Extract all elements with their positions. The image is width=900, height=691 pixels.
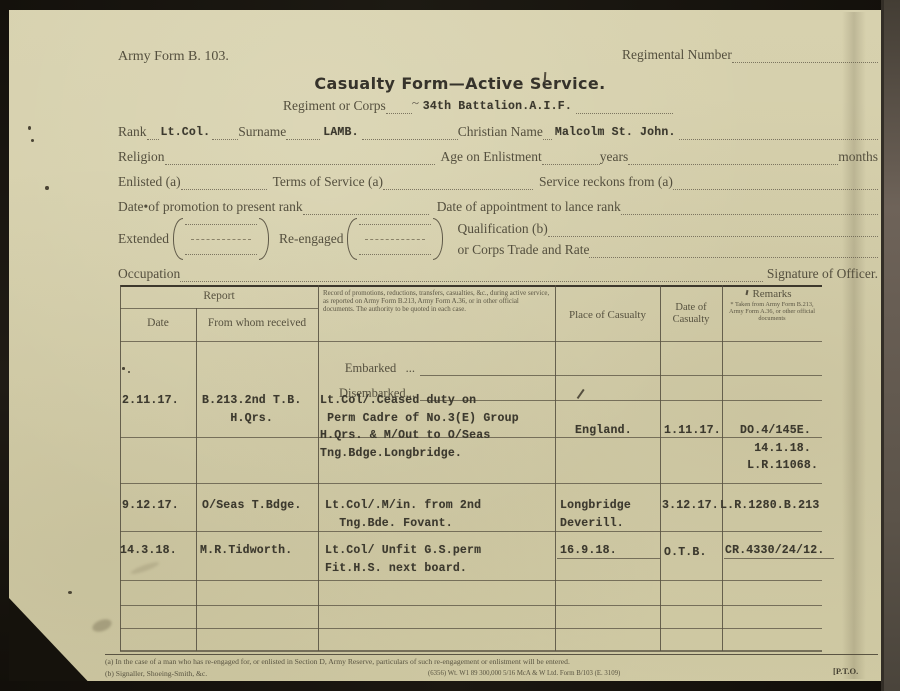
lance-rank-label: Date of appointment to lance rank [437,199,621,215]
column-divider [722,285,723,651]
close-paren-shape [433,218,443,260]
row-report-date: 2.11.17. [122,392,179,410]
reengaged-bracket [347,218,443,260]
paper-speck [128,371,130,373]
report-header: Report [120,290,318,303]
place-column-header: Place of Casualty [555,309,660,322]
scan-corner-shadow [0,598,97,691]
stray-pen-slash [577,389,585,399]
column-divider [196,308,197,651]
regimental-number-label: Regimental Number [622,47,732,63]
pto-label: [P.T.O. [833,666,858,676]
corps-trade-label: or Corps Trade and Rate [457,242,589,258]
row-from-whom: M.R.Tidworth. [200,542,292,560]
row-from-whom: B.213.2nd T.B. H.Qrs. [202,392,301,427]
dotted-line [732,47,878,63]
signature-label: Signature of Officer. [767,266,878,282]
row-remarks: DO.4/145E. 14.1.18. L.R.11068. [740,422,818,475]
dotted-line [543,124,552,140]
dotted-line [362,124,458,140]
ruled-line [120,580,822,581]
scan-edge-top [0,0,900,10]
dotted-line [589,242,878,258]
row-place-of-casualty: Longbridge Deverill. [560,497,631,532]
months-label: months [838,149,878,165]
form-number: Army Form B. 103. [118,49,229,65]
printer-imprint: (6356) Wt. W1 89 300,000 5/16 McA & W Lt… [428,670,620,677]
row-remarks: CR.4330/24/12. [725,542,824,560]
row-report-date: 9.12.17. [122,497,179,515]
dotted-line [383,174,533,190]
open-paren-shape [347,218,357,260]
table-top-border [120,285,822,287]
dotted-line [180,266,763,282]
dotted-line [147,124,159,140]
service-reckons-label: Service reckons from (a) [539,174,673,190]
open-paren-shape [173,218,183,260]
remarks-column-header: Remarks [722,288,822,301]
scanned-casualty-form: Army Form B. 103. Regimental Number Casu… [0,0,900,691]
embarked-rule [420,375,822,376]
row-report-date: 14.3.18. [120,542,177,560]
remarks-column-note: * Taken from Army Form B.213, Army Form … [726,301,818,323]
handwritten-tilde-mark: ~ [412,95,419,111]
column-divider [318,285,319,651]
qualification-label: Qualification (b) [457,221,547,237]
report-underline [120,308,318,309]
date-column-header: Date [120,317,196,330]
dotted-line [673,174,878,190]
surname-label: Surname [238,124,286,140]
dotted-line [576,98,673,114]
ruled-line [120,483,822,484]
terms-of-service-label: Terms of Service (a) [273,174,383,190]
row-casualty-date: 3.12.17. [662,497,719,515]
promotion-date-label: Date•of promotion to present rank [118,199,303,215]
footer-separator-rule [105,654,878,655]
occupation-label: Occupation [118,266,180,282]
bracket-fill-lines [183,218,259,260]
row-casualty-date: 1.11.17. [664,422,721,440]
christian-name-label: Christian Name [458,124,543,140]
scan-edge-right [884,0,900,691]
row-place-of-casualty: 16.9.18. [560,542,617,560]
table-bottom-border [120,650,822,652]
paper-speck [28,126,31,130]
row-record-entry: Lt.Col/.Ceased duty on Perm Cadre of No.… [320,392,519,462]
paper-speck [45,186,49,190]
footnote-b: (b) Signaller, Shoeing-Smith, &c. [105,669,207,678]
dotted-line [303,199,429,215]
paper-crease [842,12,866,679]
dotted-line [679,124,878,140]
extended-bracket [173,218,269,260]
row-record-entry: Lt.Col/.M/in. from 2nd Tng.Bde. Fovant. [325,497,481,532]
column-divider [660,285,661,651]
dotted-line [212,124,238,140]
surname-value: LAMB. [323,126,359,139]
dotted-line [165,149,435,165]
paper-speck [122,367,125,370]
column-divider [555,285,556,651]
row-remarks: L.R.1280.B.213 [720,497,819,515]
paper-smudge [91,617,114,634]
rank-value: Lt.Col. [161,126,211,139]
enlisted-label: Enlisted (a) [118,174,181,190]
extended-label: Extended [118,231,169,247]
footnote-a: (a) In the case of a man who has re-enga… [105,657,570,666]
dotted-line [542,149,600,165]
casualty-date-column-header: Date of Casualty [660,302,722,326]
embarked-label: Embarked ... [318,361,415,376]
paper-speck [68,591,72,594]
dotted-line [386,98,412,114]
form-title: Casualty Form—Active Service. [10,74,900,93]
paper-speck [31,139,34,142]
dotted-line [286,124,320,140]
bracket-fill-lines [357,218,433,260]
row-from-whom: O/Seas T.Bdge. [202,497,301,515]
dotted-line [621,199,878,215]
row-casualty-date: O.T.B. [664,544,707,562]
dotted-line [548,221,878,237]
header-bottom-rule [120,341,822,342]
record-column-header: Record of promotions, reductions, transf… [323,290,551,314]
row-place-of-casualty: England. [575,422,632,440]
age-on-enlistment-label: Age on Enlistment [441,149,542,165]
column-divider [120,285,121,651]
christian-name-value: Malcolm St. John. [555,126,676,139]
scan-edge-bottom [0,681,900,691]
dotted-line [628,149,838,165]
rank-label: Rank [118,124,147,140]
casualty-record-table: Report Date From whom received Record of… [120,285,822,652]
religion-label: Religion [118,149,165,165]
close-paren-shape [259,218,269,260]
ruled-line [120,628,822,629]
ruled-line [120,605,822,606]
reengaged-label: Re-engaged [279,231,343,247]
scan-edge-left [0,0,9,691]
regiment-value: 34th Battalion.A.I.F. [423,100,572,113]
regiment-label: Regiment or Corps [283,98,386,114]
years-label: years [600,149,628,165]
dotted-line [181,174,267,190]
row-record-entry: Lt.Col/ Unfit G.S.perm Fit.H.S. next boa… [325,542,481,577]
from-whom-column-header: From whom received [196,317,318,330]
